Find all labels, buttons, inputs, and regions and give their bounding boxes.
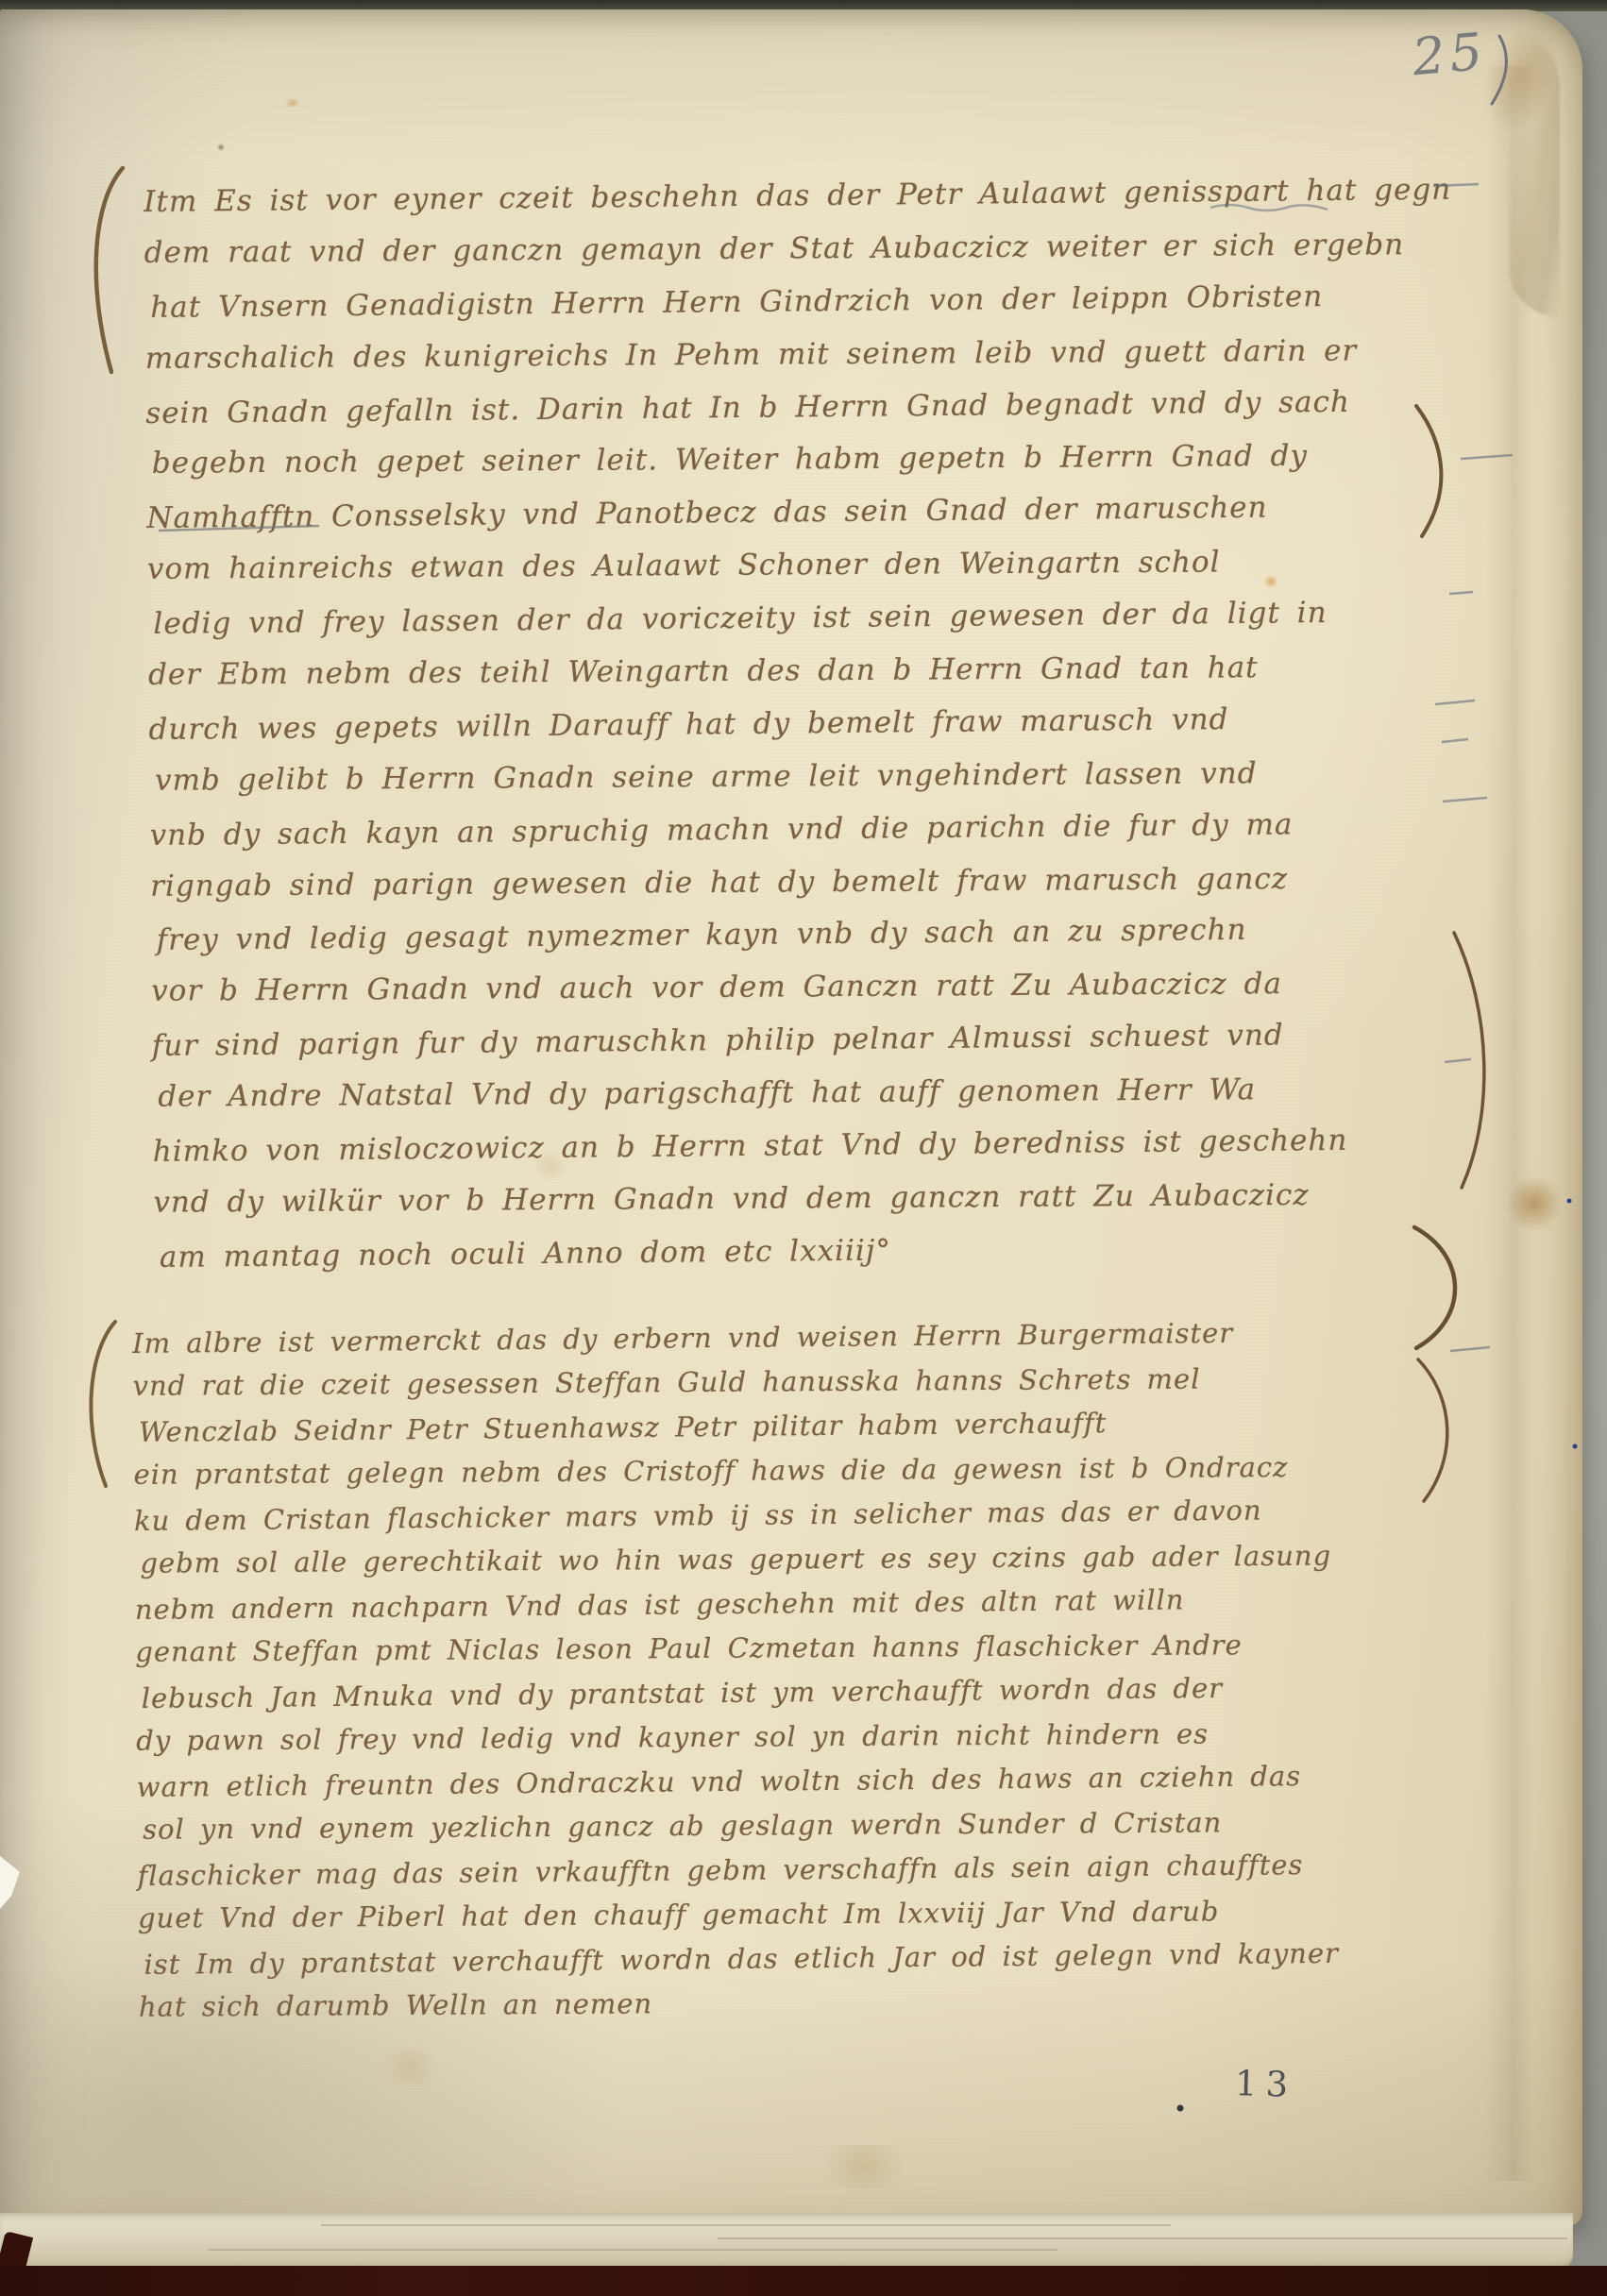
manuscript-line: hat Vnsern Genadigistn Herrn Hern Gindrz… [150, 279, 1443, 344]
manuscript-line: hat sich darumb Welln an nemen [139, 1983, 1451, 2035]
manuscript-line: dy pawn sol frey vnd ledig vnd kayner so… [136, 1716, 1448, 1769]
paragraph-1: Itm Es ist vor eyner czeit beschehn das … [144, 173, 1452, 1293]
manuscript-line: ein prantstat gelegn nebm des Cristoff h… [133, 1450, 1446, 1503]
manuscript-line: vor b Herrn Gnadn vnd auch vor dem Gancz… [151, 966, 1449, 1027]
manuscript-line: dem raat vnd der ganczn gemayn der Stat … [144, 228, 1443, 289]
manuscript-line: rigngab sind parign gewesen die hat dy b… [150, 861, 1448, 922]
binding-edge-bottom [0, 2266, 1607, 2296]
manuscript-line: der Ebm nebm des teihl Weingartn des dan… [148, 650, 1446, 711]
page-edges-stack [0, 2213, 1573, 2271]
stain [283, 99, 302, 107]
manuscript-line: guet Vnd der Piberl hat den chauff gemac… [138, 1894, 1450, 1947]
manuscript-line: am mantag noch oculi Anno dom etc lxxiii… [160, 1228, 1452, 1293]
manuscript-page: 25 Itm Es ist vor eyner czeit beschehn d… [0, 9, 1582, 2226]
page-number: 13 [1234, 2063, 1296, 2105]
paragraph-2: Im albre ist vermerckt das dy erbern vnd… [132, 1315, 1451, 2037]
page-crease [1484, 66, 1533, 2181]
manuscript-line: marschalich des kunigreichs In Pehm mit … [145, 333, 1444, 395]
stain [378, 2049, 444, 2086]
manuscript-line: der Andre Natstal Vnd dy parigschafft ha… [158, 1072, 1450, 1133]
manuscript-line: vnb dy sach kayn an spruchig machn vnd d… [149, 805, 1447, 870]
manuscript-scan: 25 Itm Es ist vor eyner czeit beschehn d… [0, 0, 1607, 2296]
manuscript-line: vmb gelibt b Herrn Gnadn seine arme leit… [155, 755, 1447, 817]
manuscript-line: vnd rat die czeit gesessen Steffan Guld … [133, 1361, 1446, 1414]
folio-number: 25 [1410, 22, 1489, 88]
manuscript-line: genant Steffan pmt Niclas leson Paul Czm… [135, 1628, 1447, 1680]
stain [812, 2145, 916, 2188]
manuscript-line: sol yn vnd eynem yezlichn gancz ab gesla… [143, 1805, 1449, 1858]
stain [217, 143, 225, 151]
manuscript-line: begebn noch gepet seiner leit. Weiter ha… [152, 438, 1445, 499]
manuscript-line: gebm sol alle gerechtikait wo hin was ge… [140, 1539, 1446, 1592]
manuscript-line: vom hainreichs etwan des Aulaawt Schoner… [147, 544, 1446, 605]
paper-chip [0, 1856, 21, 1909]
manuscript-line: vnd dy wilkür vor b Herrn Gnadn vnd dem … [153, 1177, 1451, 1239]
